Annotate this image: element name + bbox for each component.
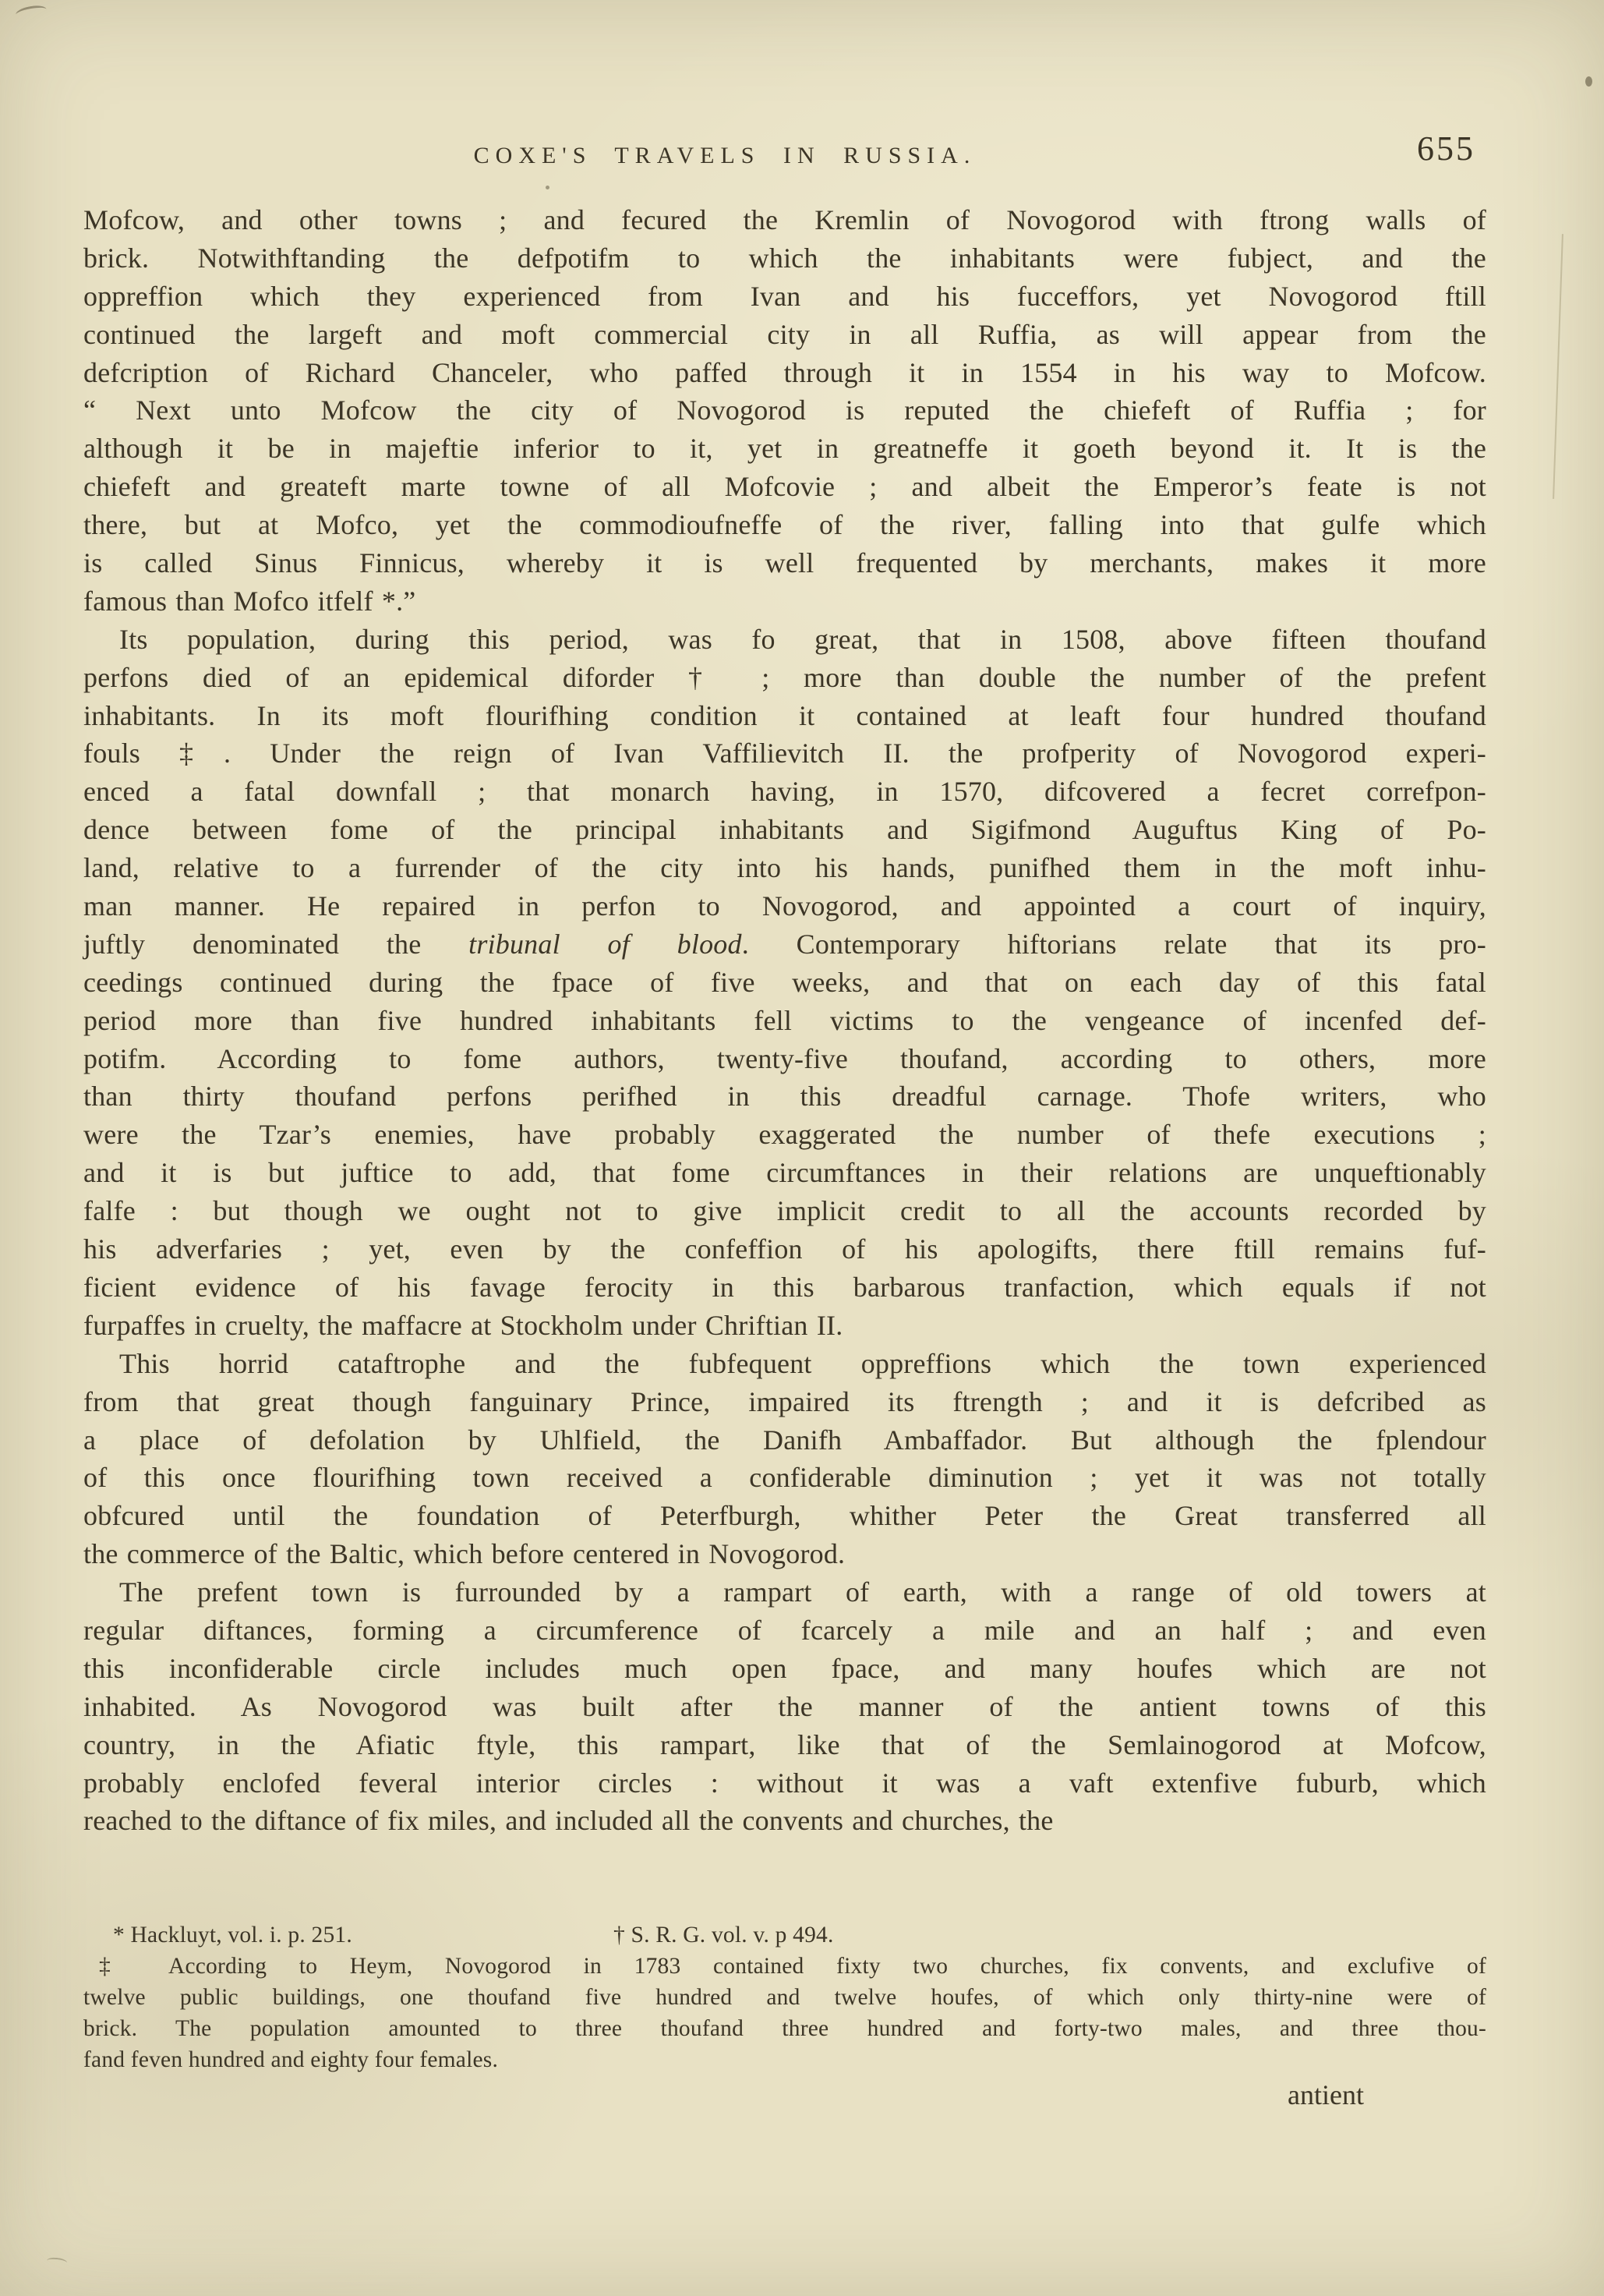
text-line: potifm. According to fome authors, twent… — [83, 1040, 1486, 1078]
text-line: this inconfiderable circle includes much… — [83, 1650, 1486, 1688]
paper-speck — [15, 4, 48, 21]
text-line: than thirty thoufand perfons perifhed in… — [83, 1077, 1486, 1116]
text-line: oppreffion which they experienced from I… — [83, 278, 1486, 316]
text-line: fouls ‡. Under the reign of Ivan Vaffili… — [83, 734, 1486, 773]
page-body: Mofcow, and other towns ; and fecured th… — [83, 201, 1486, 1840]
text-line: juftly denominated the tribunal of blood… — [83, 925, 1486, 964]
footnote-text: ‡ According to Heym, Novogorod in 1783 c… — [83, 1951, 1486, 2075]
text-line: chiefeft and greateft marte towne of all… — [83, 468, 1486, 506]
text-line: the commerce of the Baltic, which before… — [83, 1535, 1486, 1573]
footnotes-section: * Hackluyt, vol. i. p. 251. † S. R. G. v… — [83, 1919, 1486, 2075]
text-line: inhabitants. In its moft flourifhing con… — [83, 697, 1486, 735]
text-line: Its population, during this period, was … — [83, 621, 1486, 659]
text-line: defcription of Richard Chanceler, who pa… — [83, 354, 1486, 392]
text-line: reached to the diftance of fix miles, an… — [83, 1802, 1486, 1840]
text-line: brick. Notwithftanding the defpotifm to … — [83, 239, 1486, 278]
text-line: land, relative to a furrender of the cit… — [83, 849, 1486, 887]
text-line: inhabited. As Novogorod was built after … — [83, 1688, 1486, 1726]
text-line: falfe : but though we ought not to give … — [83, 1192, 1486, 1230]
text-line: and it is but juftice to add, that fome … — [83, 1154, 1486, 1192]
text-line: period more than five hundred inhabitant… — [83, 1002, 1486, 1040]
text-line: of this once flourifhing town received a… — [83, 1459, 1486, 1497]
footnote-ref-hackluyt: * Hackluyt, vol. i. p. 251. — [113, 1923, 352, 1948]
footnote-line: ‡ According to Heym, Novogorod in 1783 c… — [83, 1951, 1486, 1982]
footnote-refs-line: * Hackluyt, vol. i. p. 251. † S. R. G. v… — [83, 1919, 1486, 1951]
text-line: This horrid cataftrophe and the fubfeque… — [83, 1345, 1486, 1383]
text-line: regular diftances, forming a circumferen… — [83, 1611, 1486, 1650]
text-line: from that great though fanguinary Prince… — [83, 1383, 1486, 1421]
book-page: COXE'S TRAVELS IN RUSSIA. 655 Mofcow, an… — [0, 0, 1604, 2296]
paper-speck — [1585, 76, 1592, 87]
paper-speck — [546, 186, 549, 189]
text-line: enced a fatal downfall ; that monarch ha… — [83, 773, 1486, 811]
text-line: The prefent town is furrounded by a ramp… — [83, 1573, 1486, 1611]
text-line: famous than Mofco itfelf *.” — [83, 582, 1486, 621]
page-number: 655 — [1417, 129, 1475, 168]
text-line: ceedings continued during the fpace of f… — [83, 964, 1486, 1002]
text-line: a place of defolation by Uhlfield, the D… — [83, 1421, 1486, 1459]
catchword: antient — [1288, 2078, 1364, 2111]
footnote-line: brick. The population amounted to three … — [83, 2013, 1486, 2044]
text-line: perfons died of an epidemical diforder †… — [83, 659, 1486, 697]
text-line: obfcured until the foundation of Peterfb… — [83, 1497, 1486, 1535]
text-line: man manner. He repaired in perfon to Nov… — [83, 887, 1486, 925]
text-line: probably enclofed feveral interior circl… — [83, 1764, 1486, 1802]
text-line: dence between fome of the principal inha… — [83, 811, 1486, 849]
text-line: furpaffes in cruelty, the maffacre at St… — [83, 1307, 1486, 1345]
text-line: his adverfaries ; yet, even by the confe… — [83, 1230, 1486, 1268]
text-line: Mofcow, and other towns ; and fecured th… — [83, 201, 1486, 239]
paper-speck — [47, 2257, 68, 2267]
text-line: were the Tzar’s enemies, have probably e… — [83, 1116, 1486, 1154]
text-line: although it be in majeftie inferior to i… — [83, 430, 1486, 468]
footnote-ref-srg: † S. R. G. vol. v. p 494. — [613, 1919, 834, 1951]
text-line: there, but at Mofco, yet the commodioufn… — [83, 506, 1486, 544]
text-line: ficient evidence of his favage ferocity … — [83, 1268, 1486, 1307]
text-line: continued the largeft and moft commercia… — [83, 316, 1486, 354]
text-line: “ Next unto Mofcow the city of Novogorod… — [83, 391, 1486, 430]
running-header-title: COXE'S TRAVELS IN RUSSIA. — [335, 143, 1115, 169]
paper-scratch — [1553, 234, 1563, 499]
text-line: country, in the Afiatic ftyle, this ramp… — [83, 1726, 1486, 1764]
text-line: is called Sinus Finnicus, whereby it is … — [83, 544, 1486, 582]
footnote-line: twelve public buildings, one thoufand fi… — [83, 1982, 1486, 2013]
footnote-line: fand feven hundred and eighty four femal… — [83, 2044, 1486, 2075]
